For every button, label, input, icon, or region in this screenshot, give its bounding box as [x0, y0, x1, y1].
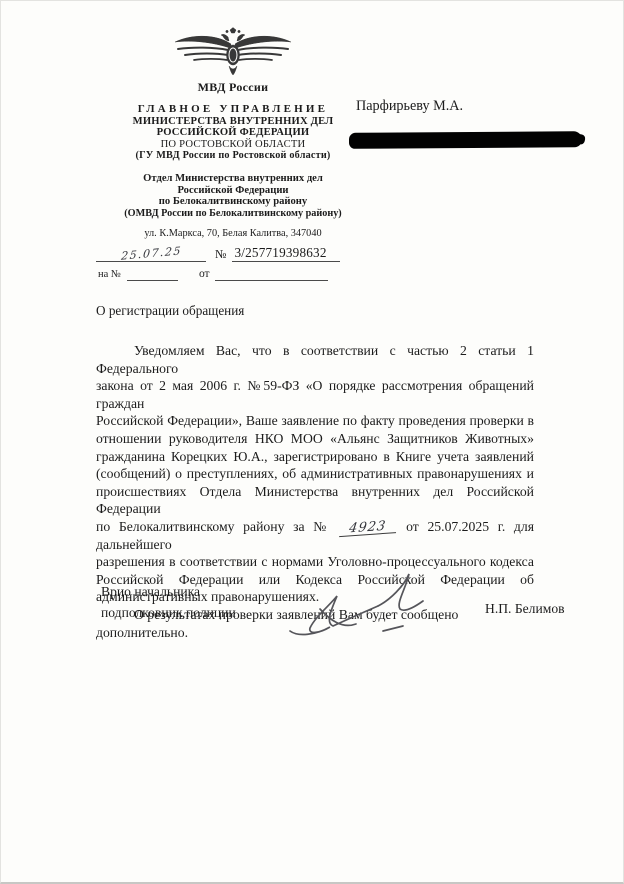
gu-mvd-block: ГЛАВНОЕ УПРАВЛЕНИЕ МИНИСТЕРСТВА ВНУТРЕНН… — [86, 104, 380, 162]
letterhead-line: ПО РОСТОВСКОЙ ОБЛАСТИ — [86, 139, 380, 151]
recipient-name: Парфирьеву М.А. — [356, 98, 463, 115]
reference-row-2: на № от — [86, 267, 396, 281]
org-address: ул. К.Маркса, 70, Белая Калитва, 347040 — [86, 228, 380, 239]
letterhead-line: РОССИЙСКОЙ ФЕДЕРАЦИИ — [86, 127, 380, 139]
emblem-caption: МВД России — [86, 81, 380, 94]
letter-date-line: 25.07.25 — [96, 247, 206, 262]
reply-date-line — [215, 267, 328, 281]
reply-number-line — [127, 267, 178, 281]
letterhead-line: (ОМВД России по Белокалитвинскому району… — [86, 208, 380, 220]
outgoing-number: 3/257719398632 — [232, 245, 340, 262]
redaction-bar — [349, 131, 582, 149]
reply-to-label: на № — [98, 269, 121, 281]
scanned-letter-page: МВД России ГЛАВНОЕ УПРАВЛЕНИЕ МИНИСТЕРСТ… — [0, 0, 624, 884]
reference-row-1: 25.07.25 № 3/257719398632 — [86, 245, 396, 262]
handwritten-signature — [282, 565, 446, 649]
body-line: отношении руководителя НКО МОО «Альянс З… — [96, 430, 534, 448]
signer-name: Н.П. Белимов — [485, 601, 565, 617]
signer-position: Врио начальника подполковник полиции — [101, 581, 236, 623]
body-line: Уведомляем Вас, что в соответствии с час… — [96, 342, 534, 377]
letterhead: МВД России ГЛАВНОЕ УПРАВЛЕНИЕ МИНИСТЕРСТ… — [86, 27, 380, 239]
body-line: (сообщений) о преступлениях, об админист… — [96, 465, 534, 483]
letterhead-line: Российской Федерации — [86, 185, 380, 197]
number-sign-label: № — [215, 247, 226, 262]
body-line-with-registration-number: по Белокалитвинскому району за № 4923 от… — [96, 518, 534, 553]
body-line: происшествиях Отдела Министерства внутре… — [96, 483, 534, 518]
letterhead-line: Отдел Министерства внутренних дел — [86, 173, 380, 185]
subject-line: О регистрации обращения — [96, 303, 244, 319]
letterhead-line: по Белокалитвинскому району — [86, 196, 380, 208]
mvd-double-headed-eagle-icon — [172, 27, 294, 79]
signer-position-line: подполковник полиции — [101, 602, 236, 623]
omvd-block: Отдел Министерства внутренних дел Россий… — [86, 173, 380, 219]
handwritten-registration-number: 4923 — [339, 519, 398, 537]
letterhead-line: МИНИСТЕРСТВА ВНУТРЕННИХ ДЕЛ — [86, 116, 380, 128]
body-line: гражданина Корецких Ю.А., зарегистрирова… — [96, 448, 534, 466]
body-line-part: по Белокалитвинскому району за № — [96, 519, 332, 534]
body-line: закона от 2 мая 2006 г. №59-ФЗ «О порядк… — [96, 377, 534, 412]
reference-block: 25.07.25 № 3/257719398632 на № от — [86, 245, 396, 281]
letterhead-line: (ГУ МВД России по Ростовской области) — [86, 150, 380, 162]
signer-position-line: Врио начальника — [101, 581, 236, 602]
letterhead-line: ГЛАВНОЕ УПРАВЛЕНИЕ — [86, 104, 380, 116]
body-line: Российской Федерации», Ваше заявление по… — [96, 412, 534, 430]
handwritten-date: 25.07.25 — [120, 244, 182, 263]
from-label: от — [199, 268, 210, 281]
